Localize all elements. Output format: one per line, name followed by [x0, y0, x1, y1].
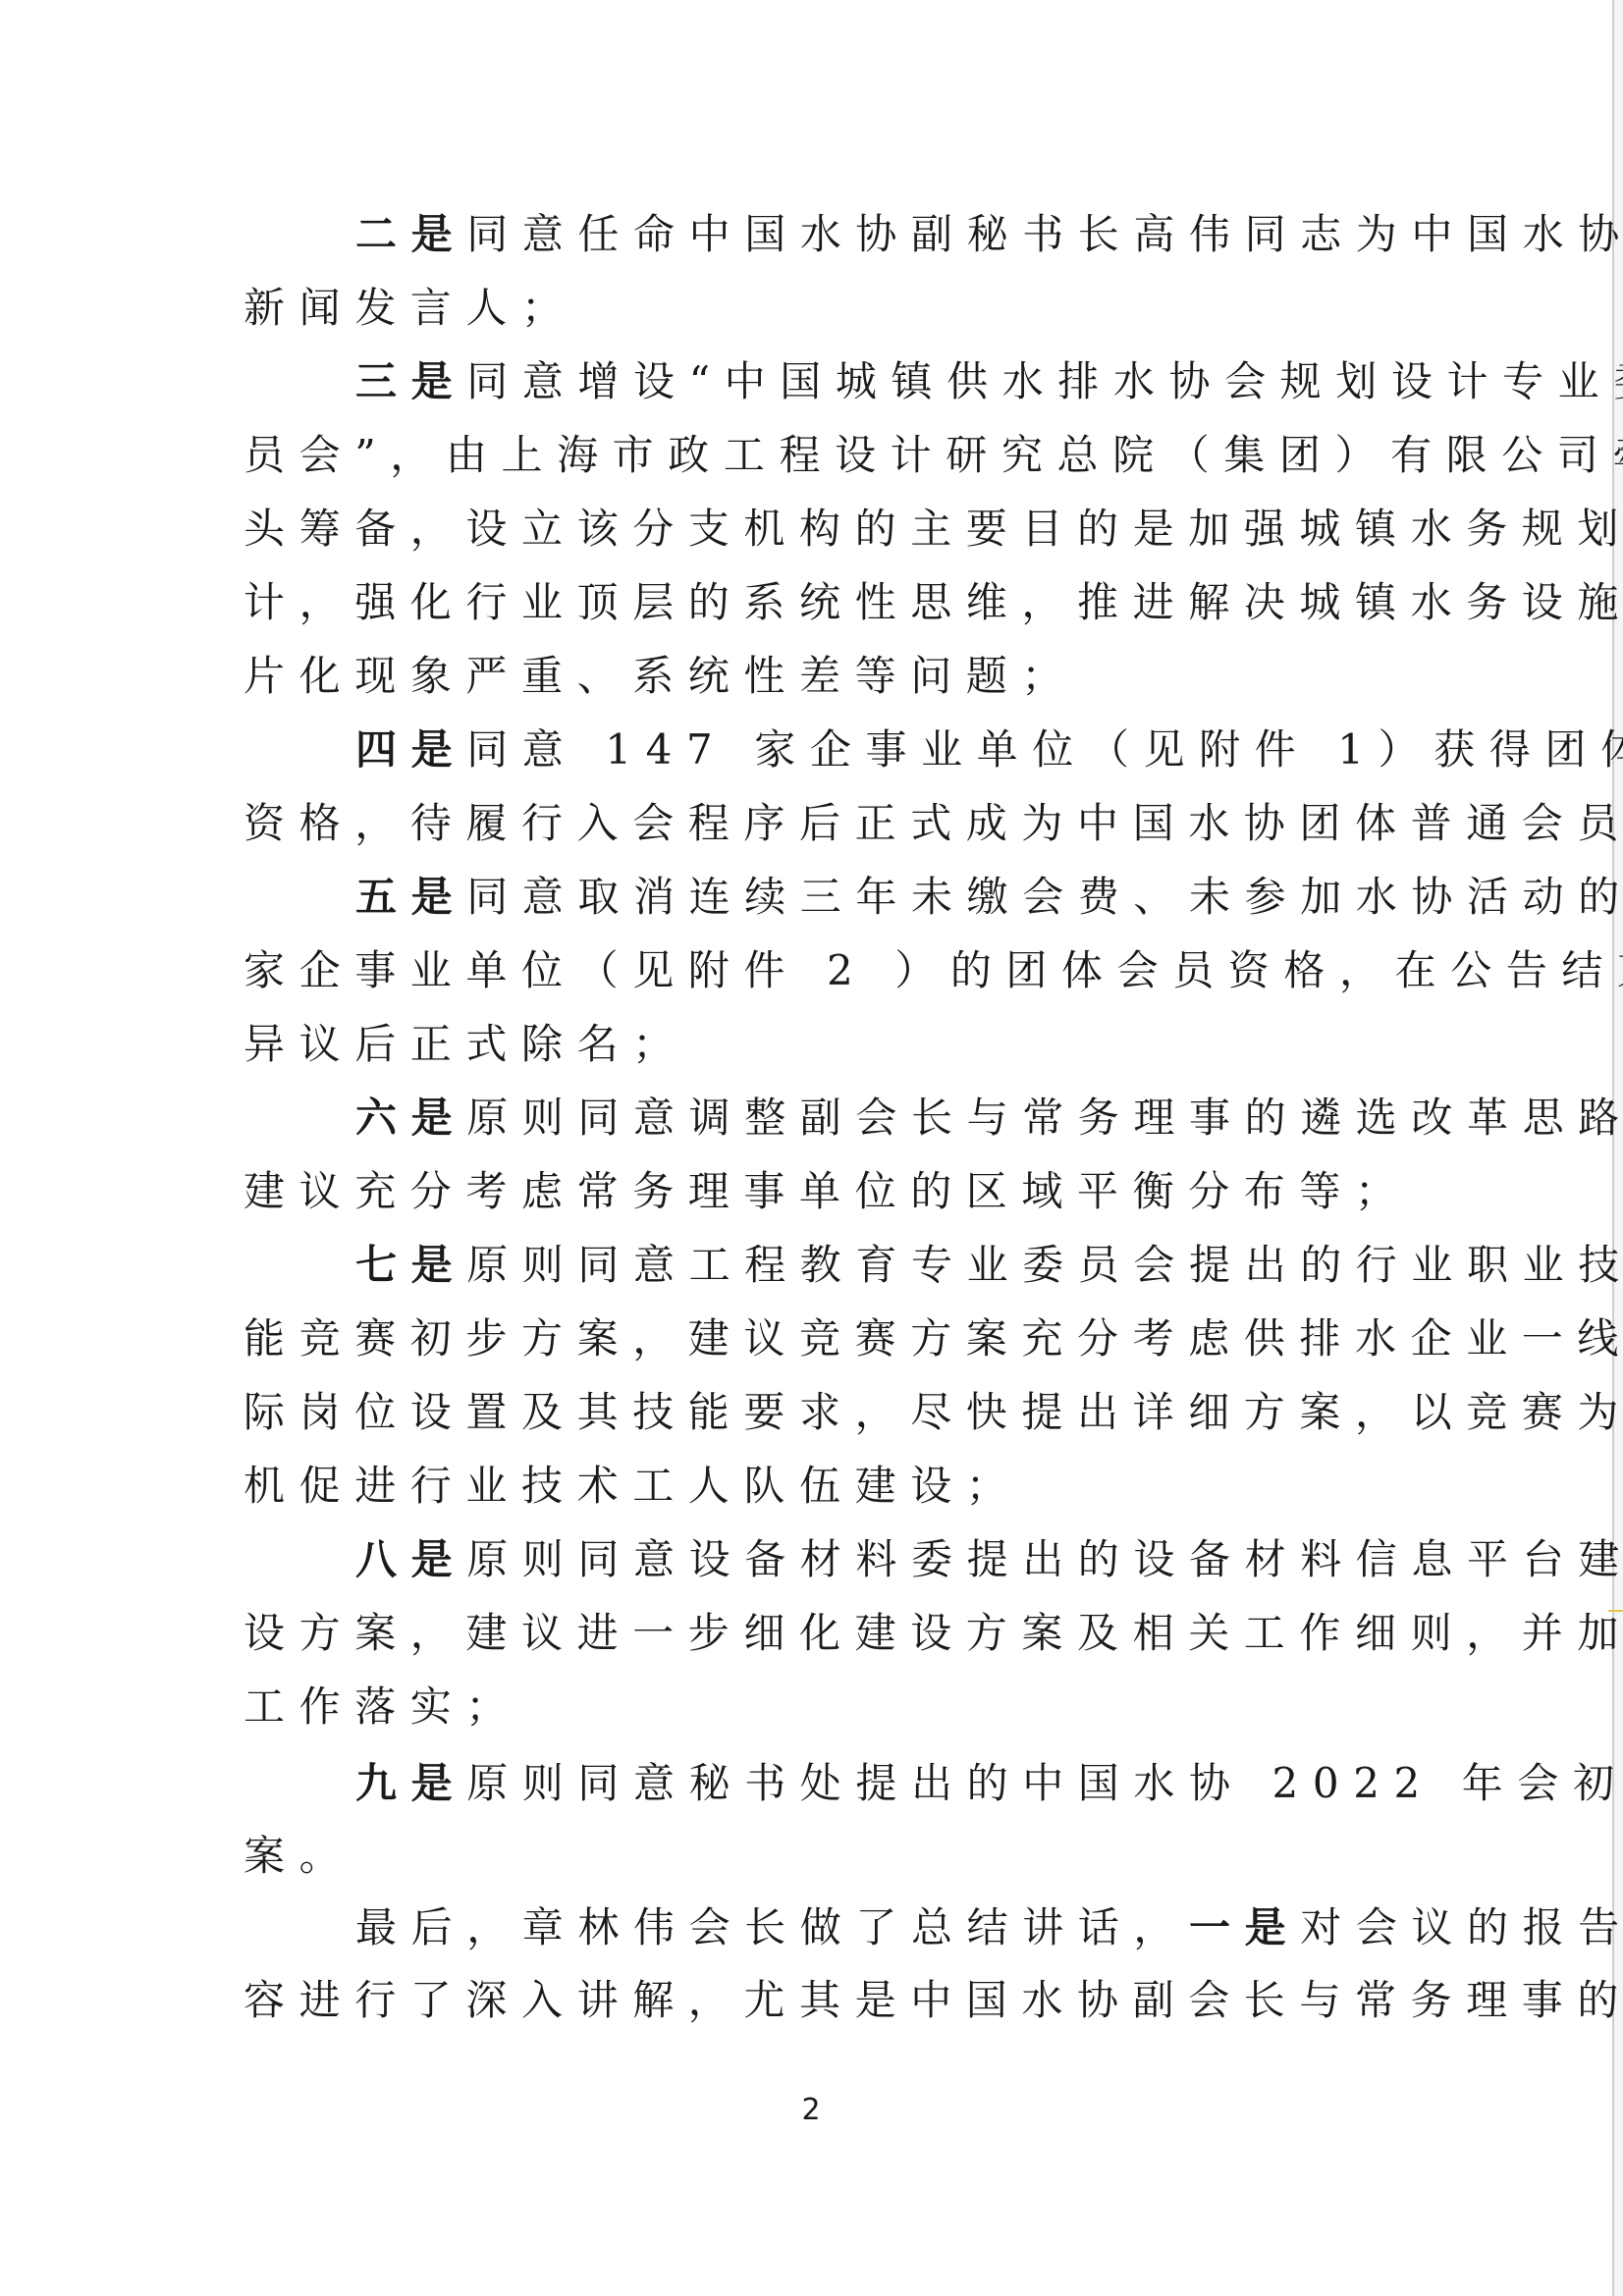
paragraph-5-line-1: 五是同意取消连续三年未缴会费、未参加水协活动的 32 — [355, 869, 1623, 925]
paragraph-lead: 九是 — [355, 1759, 466, 1807]
paragraph-3-line-1: 三是同意增设“中国城镇供水排水协会规划设计专业委 — [355, 353, 1623, 409]
paragraph-3-line-3: 头筹备，设立该分支机构的主要目的是加强城镇水务规划设 — [243, 501, 1623, 557]
paragraph-8-line-1: 八是原则同意设备材料委提出的设备材料信息平台建 — [355, 1531, 1623, 1587]
paragraph-lead: 七是 — [355, 1241, 466, 1289]
paragraph-5-line-3: 异议后正式除名； — [243, 1016, 688, 1072]
paragraph-lead: 三是 — [355, 357, 466, 405]
paragraph-lead: 五是 — [355, 873, 466, 921]
paragraph-3-line-2: 员会”，由上海市政工程设计研究总院（集团）有限公司牵 — [243, 427, 1623, 483]
paragraph-6-line-2: 建议充分考虑常务理事单位的区域平衡分布等； — [243, 1163, 1411, 1219]
paragraph-3-line-5: 片化现象严重、系统性差等问题； — [243, 648, 1077, 704]
paragraph-6-line-1: 六是原则同意调整副会长与常务理事的遴选改革思路， — [355, 1090, 1623, 1146]
paragraph-lead: 二是 — [355, 210, 466, 258]
paragraph-7-line-1: 七是原则同意工程教育专业委员会提出的行业职业技 — [355, 1237, 1623, 1293]
paragraph-2-line-1: 二是同意任命中国水协副秘书长高伟同志为中国水协 — [355, 206, 1623, 262]
paragraph-7-line-3: 际岗位设置及其技能要求，尽快提出详细方案，以竞赛为契 — [243, 1384, 1623, 1440]
paragraph-9-line-2: 案。 — [243, 1828, 354, 1884]
paragraph-lead: 六是 — [355, 1094, 466, 1142]
paragraph-lead: 八是 — [355, 1535, 466, 1583]
paragraph-5-line-2: 家企事业单位（见附件 2 ）的团体会员资格，在公告结束无 — [243, 942, 1623, 998]
paragraph-8-line-2: 设方案，建议进一步细化建设方案及相关工作细则，并加快 — [243, 1605, 1623, 1661]
paragraph-lead: 四是 — [355, 725, 466, 774]
paragraph-8-line-3: 工作落实； — [243, 1679, 521, 1735]
page-number: 2 — [791, 2093, 831, 2127]
paragraph-2-line-2: 新闻发言人； — [243, 280, 577, 336]
paragraph-4-line-1: 四是同意 147 家企事业单位（见附件 1）获得团体会员 — [355, 721, 1623, 777]
paragraph-7-line-4: 机促进行业技术工人队伍建设； — [243, 1458, 1021, 1514]
paragraph-4-line-2: 资格，待履行入会程序后正式成为中国水协团体普通会员； — [243, 795, 1623, 851]
closing-paragraph-line-1: 最后，章林伟会长做了总结讲话，一是对会议的报告内 — [355, 1899, 1623, 1955]
paragraph-3-line-4: 计，强化行业顶层的系统性思维，推进解决城镇水务设施碎 — [243, 574, 1623, 630]
closing-paragraph-line-2: 容进行了深入讲解，尤其是中国水协副会长与常务理事的调 — [243, 1972, 1623, 2028]
paragraph-7-line-2: 能竞赛初步方案，建议竞赛方案充分考虑供排水企业一线实 — [243, 1310, 1623, 1366]
paragraph-inline-lead: 一是 — [1189, 1903, 1300, 1951]
paragraph-9-line-1: 九是原则同意秘书处提出的中国水协 2022 年会初步方 — [355, 1755, 1623, 1811]
